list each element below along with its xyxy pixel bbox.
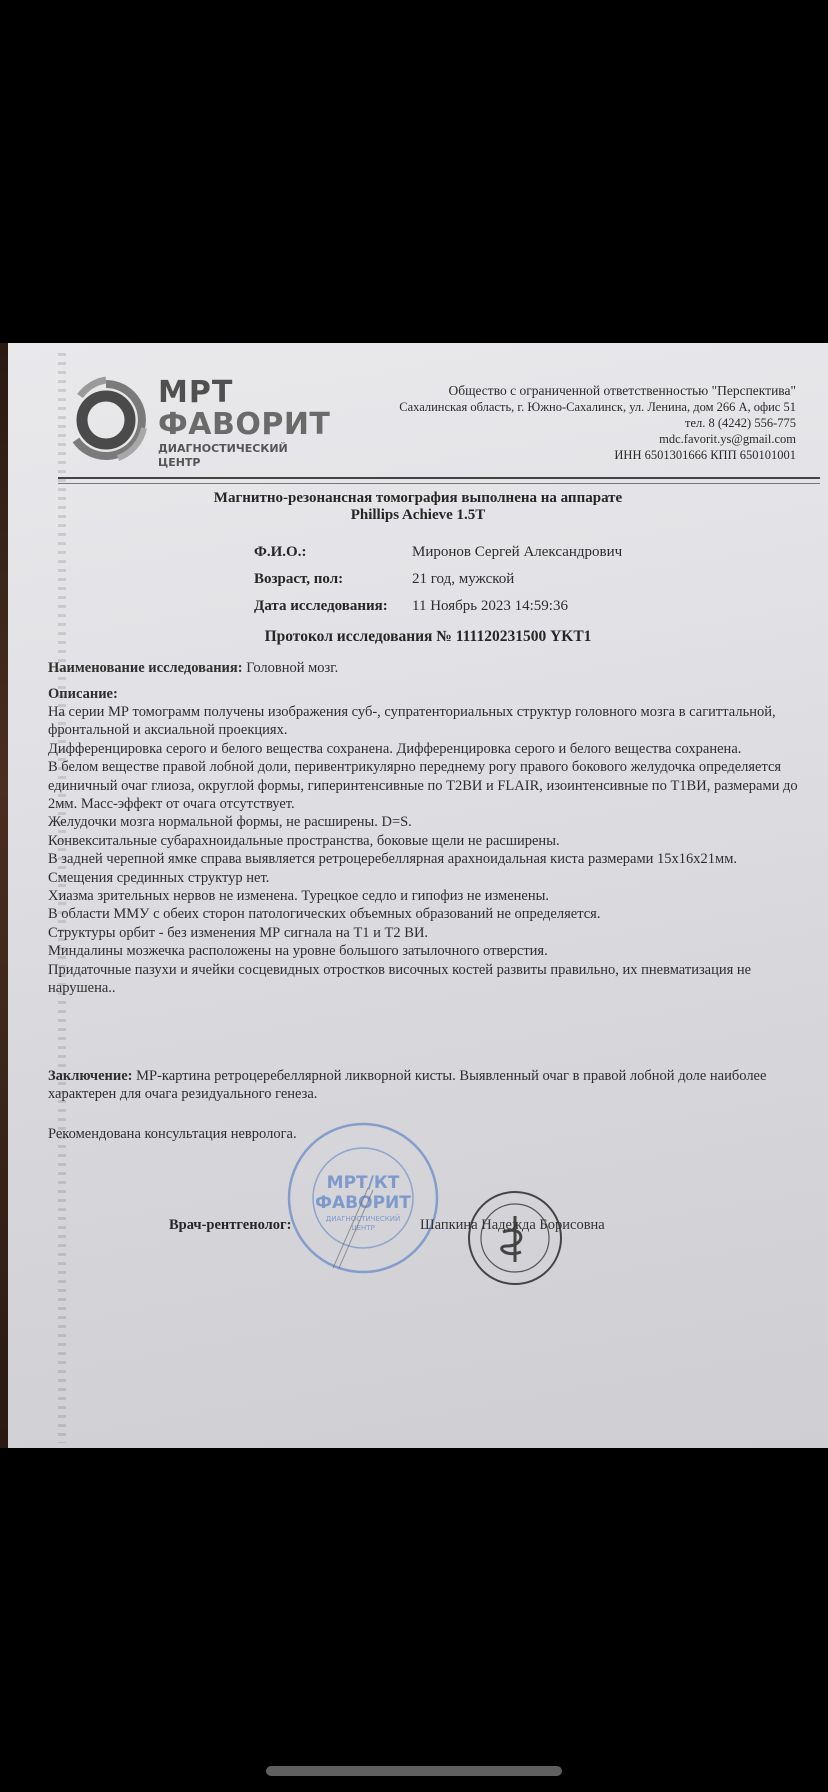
conclusion-label: Заключение: <box>48 1068 133 1084</box>
description-paragraph: В области ММУ с обеих сторон патологичес… <box>48 905 808 923</box>
description-paragraph: Хиазма зрительных нервов не изменена. Ту… <box>48 887 808 905</box>
svg-text:МРТ/КТ: МРТ/КТ <box>327 1173 400 1193</box>
date-value: 11 Ноябрь 2023 14:59:36 <box>412 598 568 615</box>
description-heading: Описание: <box>48 685 808 703</box>
svg-text:ДИАГНОСТИЧЕСКИЙ: ДИАГНОСТИЧЕСКИЙ <box>326 1214 401 1223</box>
svg-text:ФАВОРИТ: ФАВОРИТ <box>315 1193 411 1213</box>
doctor-stamp-icon <box>465 1188 565 1288</box>
company-email: mdc.favorit.ys@gmail.com <box>399 431 796 447</box>
study-value: Головной мозг. <box>243 660 339 676</box>
company-address: Сахалинская область, г. Южно-Сахалинск, … <box>399 399 796 415</box>
description-paragraph: Смещения срединных структур нет. <box>48 869 808 887</box>
logo-rings-icon <box>58 368 158 468</box>
name-label: Ф.И.О.: <box>254 544 412 561</box>
field-age: Возраст, пол: 21 год, мужской <box>254 566 622 593</box>
description-paragraph: В белом веществе правой лобной доли, пер… <box>48 758 808 813</box>
doctor-label: Врач-рентгенолог: <box>169 1217 291 1234</box>
title-line-2: Phillips Achieve 1.5T <box>8 507 828 524</box>
name-value: Миронов Сергей Александрович <box>412 544 622 561</box>
title-line-1: Магнитно-резонансная томография выполнен… <box>8 490 828 507</box>
description-paragraph: Конвекситальные субарахноидальные простр… <box>48 832 808 850</box>
protocol-number: Протокол исследования № 111120231500 YKT… <box>28 628 828 646</box>
field-name: Ф.И.О.: Миронов Сергей Александрович <box>254 539 622 566</box>
conclusion-text: МР-картина ретроцеребеллярной ликворной … <box>48 1068 766 1102</box>
description-paragraph: Структуры орбит - без изменения МР сигна… <box>48 924 808 942</box>
field-date: Дата исследования: 11 Ноябрь 2023 14:59:… <box>254 593 622 620</box>
logo-subtitle-1: ДИАГНОСТИЧЕСКИЙ <box>158 442 330 456</box>
document-page: МРТ ФАВОРИТ ДИАГНОСТИЧЕСКИЙ ЦЕНТР Общест… <box>8 343 828 1448</box>
company-name: Общество с ограниченной ответственностью… <box>399 383 796 399</box>
company-info: Общество с ограниченной ответственностью… <box>399 383 796 463</box>
description-paragraph: Желудочки мозга нормальной формы, не рас… <box>48 813 808 831</box>
document-title: Магнитно-резонансная томография выполнен… <box>8 490 828 524</box>
age-value: 21 год, мужской <box>412 571 514 588</box>
company-phone: тел. 8 (4242) 556-775 <box>399 415 796 431</box>
study-name: Наименование исследования: Головной мозг… <box>48 659 808 677</box>
company-inn-kpp: ИНН 6501301666 КПП 650101001 <box>399 447 796 463</box>
study-label: Наименование исследования: <box>48 660 243 676</box>
description-body: На серии МР томограмм получены изображен… <box>48 703 808 998</box>
conclusion: Заключение: МР-картина ретроцеребеллярно… <box>48 1067 808 1104</box>
age-label: Возраст, пол: <box>254 571 412 588</box>
date-label: Дата исследования: <box>254 598 412 615</box>
clinic-stamp-icon: МРТ/КТ ФАВОРИТ ДИАГНОСТИЧЕСКИЙ ЦЕНТР <box>283 1118 443 1278</box>
description-paragraph: На серии МР томограмм получены изображен… <box>48 703 808 740</box>
header-divider <box>58 477 820 484</box>
clinic-logo: МРТ ФАВОРИТ ДИАГНОСТИЧЕСКИЙ ЦЕНТР <box>58 368 318 473</box>
description-paragraph: В задней черепной ямке справа выявляется… <box>48 850 808 868</box>
description-paragraph: Миндалины мозжечка расположены на уровне… <box>48 942 808 960</box>
description-paragraph: Придаточные пазухи и ячейки сосцевидных … <box>48 961 808 998</box>
logo-mrt: МРТ <box>158 378 330 408</box>
description-paragraph: Дифференцировка серого и белого вещества… <box>48 740 808 758</box>
home-indicator[interactable] <box>266 1766 562 1776</box>
logo-subtitle-2: ЦЕНТР <box>158 456 330 470</box>
patient-fields: Ф.И.О.: Миронов Сергей Александрович Воз… <box>254 539 622 620</box>
doctor-name: Шапкина Надежда Борисовна <box>420 1217 605 1234</box>
logo-favorit: ФАВОРИТ <box>158 408 330 442</box>
